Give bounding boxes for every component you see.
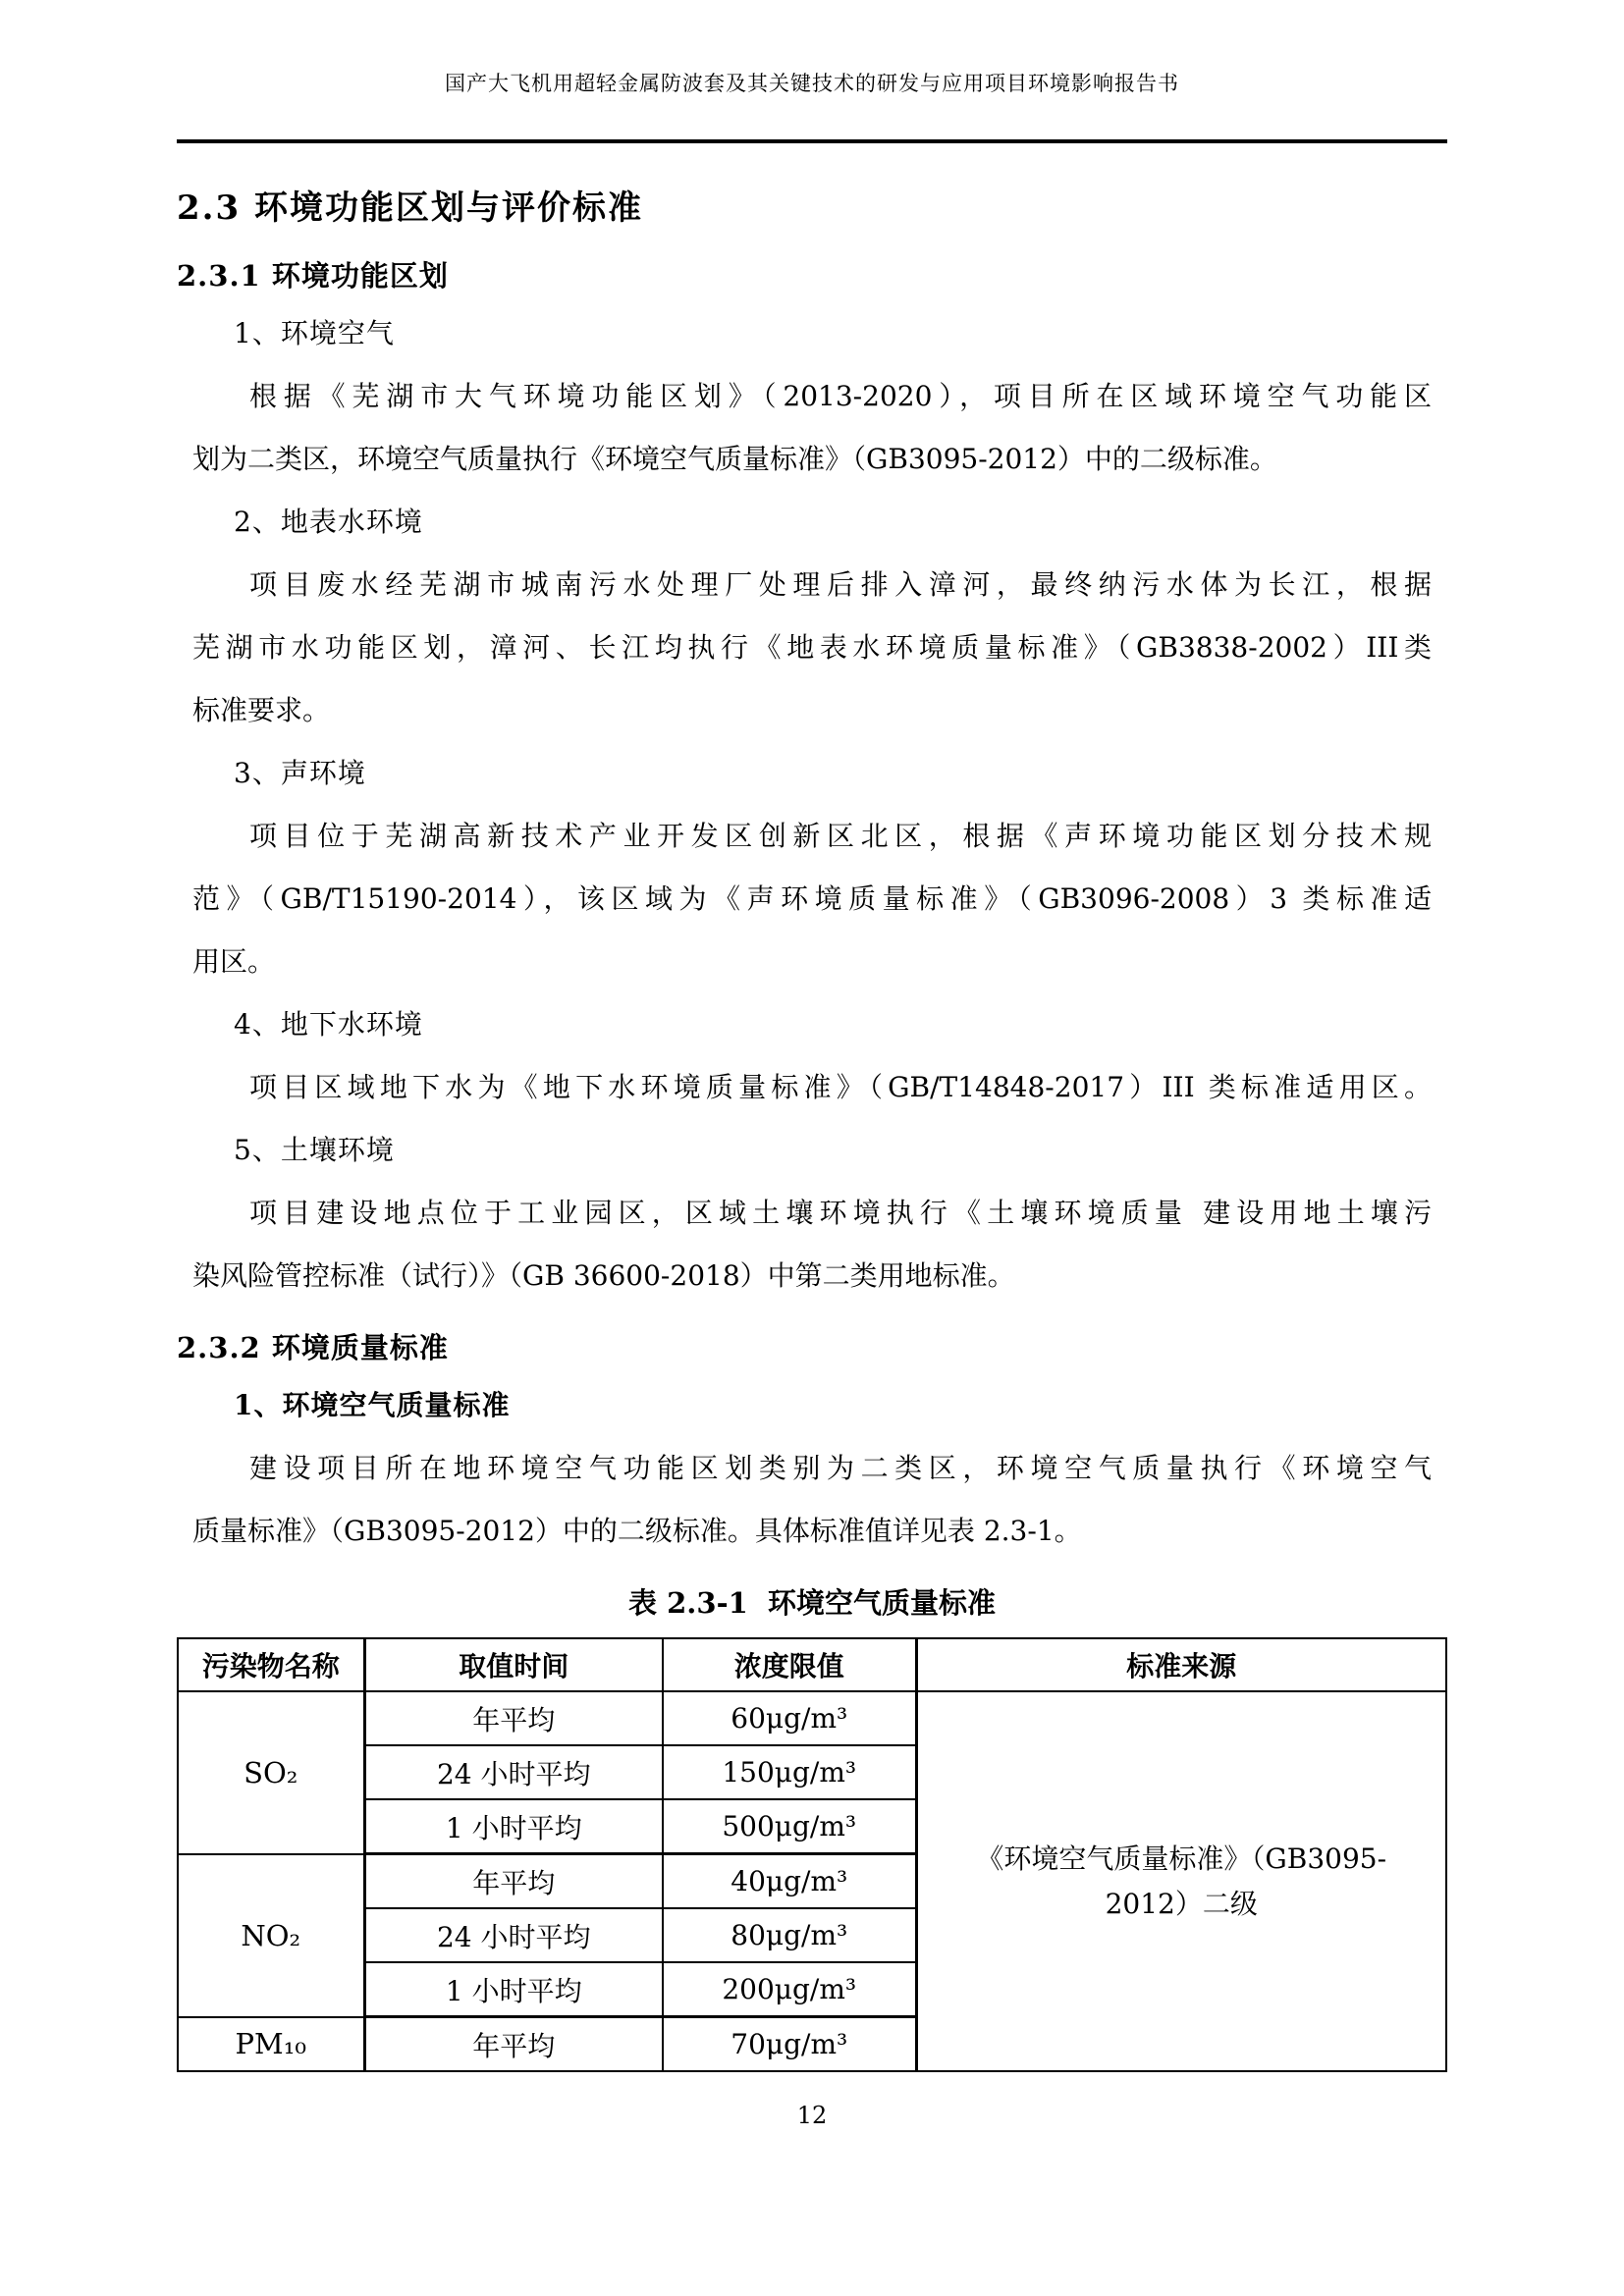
header-time: 取值时间	[364, 1638, 663, 1691]
para-surface-water: 项目废水经芜湖市城南污水处理厂处理后排入漳河，最终纳污水体为长江，根据 芜湖市水…	[192, 554, 1432, 742]
header-pollutant: 污染物名称	[178, 1638, 364, 1691]
source-cell: 《环境空气质量标准》（GB3095- 2012）二级	[916, 1691, 1446, 2071]
subsection-title-2-3-2: 2.3.2 环境质量标准	[177, 1321, 1447, 1374]
limit-cell: 150μg/m³	[663, 1745, 916, 1799]
para-line: 建设项目所在地环境空气功能区划类别为二类区，环境空气质量执行《环境空气	[192, 1437, 1432, 1500]
list-item-air-quality-standard: 1、环境空气质量标准	[177, 1374, 1447, 1437]
page-number: 12	[177, 2102, 1447, 2129]
header-limit: 浓度限值	[663, 1638, 916, 1691]
pollutant-cell-no2: NO₂	[178, 1854, 364, 2017]
limit-cell: 70μg/m³	[663, 2017, 916, 2072]
para-line: 项目位于芜湖高新技术产业开发区创新区北区，根据《声环境功能区划分技术规	[192, 805, 1432, 868]
time-cell: 1 小时平均	[364, 1799, 663, 1854]
para-line: 项目建设地点位于工业园区，区域土壤环境执行《土壤环境质量 建设用地土壤污	[192, 1182, 1432, 1245]
limit-cell: 500μg/m³	[663, 1799, 916, 1854]
list-item-soil: 5、土壤环境	[177, 1119, 1447, 1182]
table-title: 表 2.3-1 环境空气质量标准	[177, 1580, 1447, 1626]
limit-cell: 80μg/m³	[663, 1908, 916, 1962]
list-item-noise: 3、声环境	[177, 742, 1447, 805]
para-air-quality: 建设项目所在地环境空气功能区划类别为二类区，环境空气质量执行《环境空气 质量标准…	[192, 1437, 1432, 1563]
para-line: 用区。	[192, 931, 1432, 993]
para-line: 范》（GB/T15190-2014），该区域为《声环境质量标准》（GB3096-…	[192, 868, 1432, 931]
table-header-row: 污染物名称 取值时间 浓度限值 标准来源	[178, 1638, 1446, 1691]
para-groundwater: 项目区域地下水为《地下水环境质量标准》（GB/T14848-2017）III 类…	[192, 1056, 1432, 1119]
time-cell: 24 小时平均	[364, 1745, 663, 1799]
para-noise: 项目位于芜湖高新技术产业开发区创新区北区，根据《声环境功能区划分技术规 范》（G…	[192, 805, 1432, 993]
document-page: 国产大飞机用超轻金属防波套及其关键技术的研发与应用项目环境影响报告书 2.3 环…	[0, 0, 1624, 2296]
header-source: 标准来源	[916, 1638, 1446, 1691]
subsection-title-2-3-1: 2.3.1 环境功能区划	[177, 249, 1447, 302]
para-air: 根据《芜湖市大气环境功能区划》（2013-2020），项目所在区域环境空气功能区…	[192, 365, 1432, 491]
header-rule	[177, 139, 1447, 143]
air-quality-standards-table: 污染物名称 取值时间 浓度限值 标准来源 SO₂ 年平均 60μg/m³ 《环境…	[177, 1637, 1447, 2072]
list-item-surface-water: 2、地表水环境	[177, 491, 1447, 554]
limit-cell: 60μg/m³	[663, 1691, 916, 1745]
para-line: 标准要求。	[192, 679, 1432, 742]
section-title-2-3: 2.3 环境功能区划与评价标准	[177, 181, 1447, 236]
para-line: 质量标准》（GB3095-2012）中的二级标准。具体标准值详见表 2.3-1。	[192, 1500, 1432, 1563]
pollutant-cell-so2: SO₂	[178, 1691, 364, 1854]
para-line: 芜湖市水功能区划，漳河、长江均执行《地表水环境质量标准》（GB3838-2002…	[192, 616, 1432, 679]
para-soil: 项目建设地点位于工业园区，区域土壤环境执行《土壤环境质量 建设用地土壤污 染风险…	[192, 1182, 1432, 1308]
para-line: 划为二类区，环境空气质量执行《环境空气质量标准》（GB3095-2012）中的二…	[192, 428, 1432, 491]
limit-cell: 40μg/m³	[663, 1854, 916, 1909]
pollutant-cell-pm10: PM₁₀	[178, 2017, 364, 2072]
para-line: 染风险管控标准（试行）》（GB 36600-2018）中第二类用地标准。	[192, 1245, 1432, 1308]
page-header-title: 国产大飞机用超轻金属防波套及其关键技术的研发与应用项目环境影响报告书	[177, 69, 1447, 98]
time-cell: 年平均	[364, 1691, 663, 1745]
list-item-air: 1、环境空气	[177, 302, 1447, 365]
time-cell: 1 小时平均	[364, 1962, 663, 2017]
limit-cell: 200μg/m³	[663, 1962, 916, 2017]
time-cell: 年平均	[364, 1854, 663, 1909]
para-line: 项目区域地下水为《地下水环境质量标准》（GB/T14848-2017）III 类…	[192, 1056, 1432, 1119]
para-line: 项目废水经芜湖市城南污水处理厂处理后排入漳河，最终纳污水体为长江，根据	[192, 554, 1432, 616]
time-cell: 24 小时平均	[364, 1908, 663, 1962]
list-item-groundwater: 4、地下水环境	[177, 993, 1447, 1056]
para-line: 根据《芜湖市大气环境功能区划》（2013-2020），项目所在区域环境空气功能区	[192, 365, 1432, 428]
time-cell: 年平均	[364, 2017, 663, 2072]
table-row: SO₂ 年平均 60μg/m³ 《环境空气质量标准》（GB3095- 2012）…	[178, 1691, 1446, 1745]
